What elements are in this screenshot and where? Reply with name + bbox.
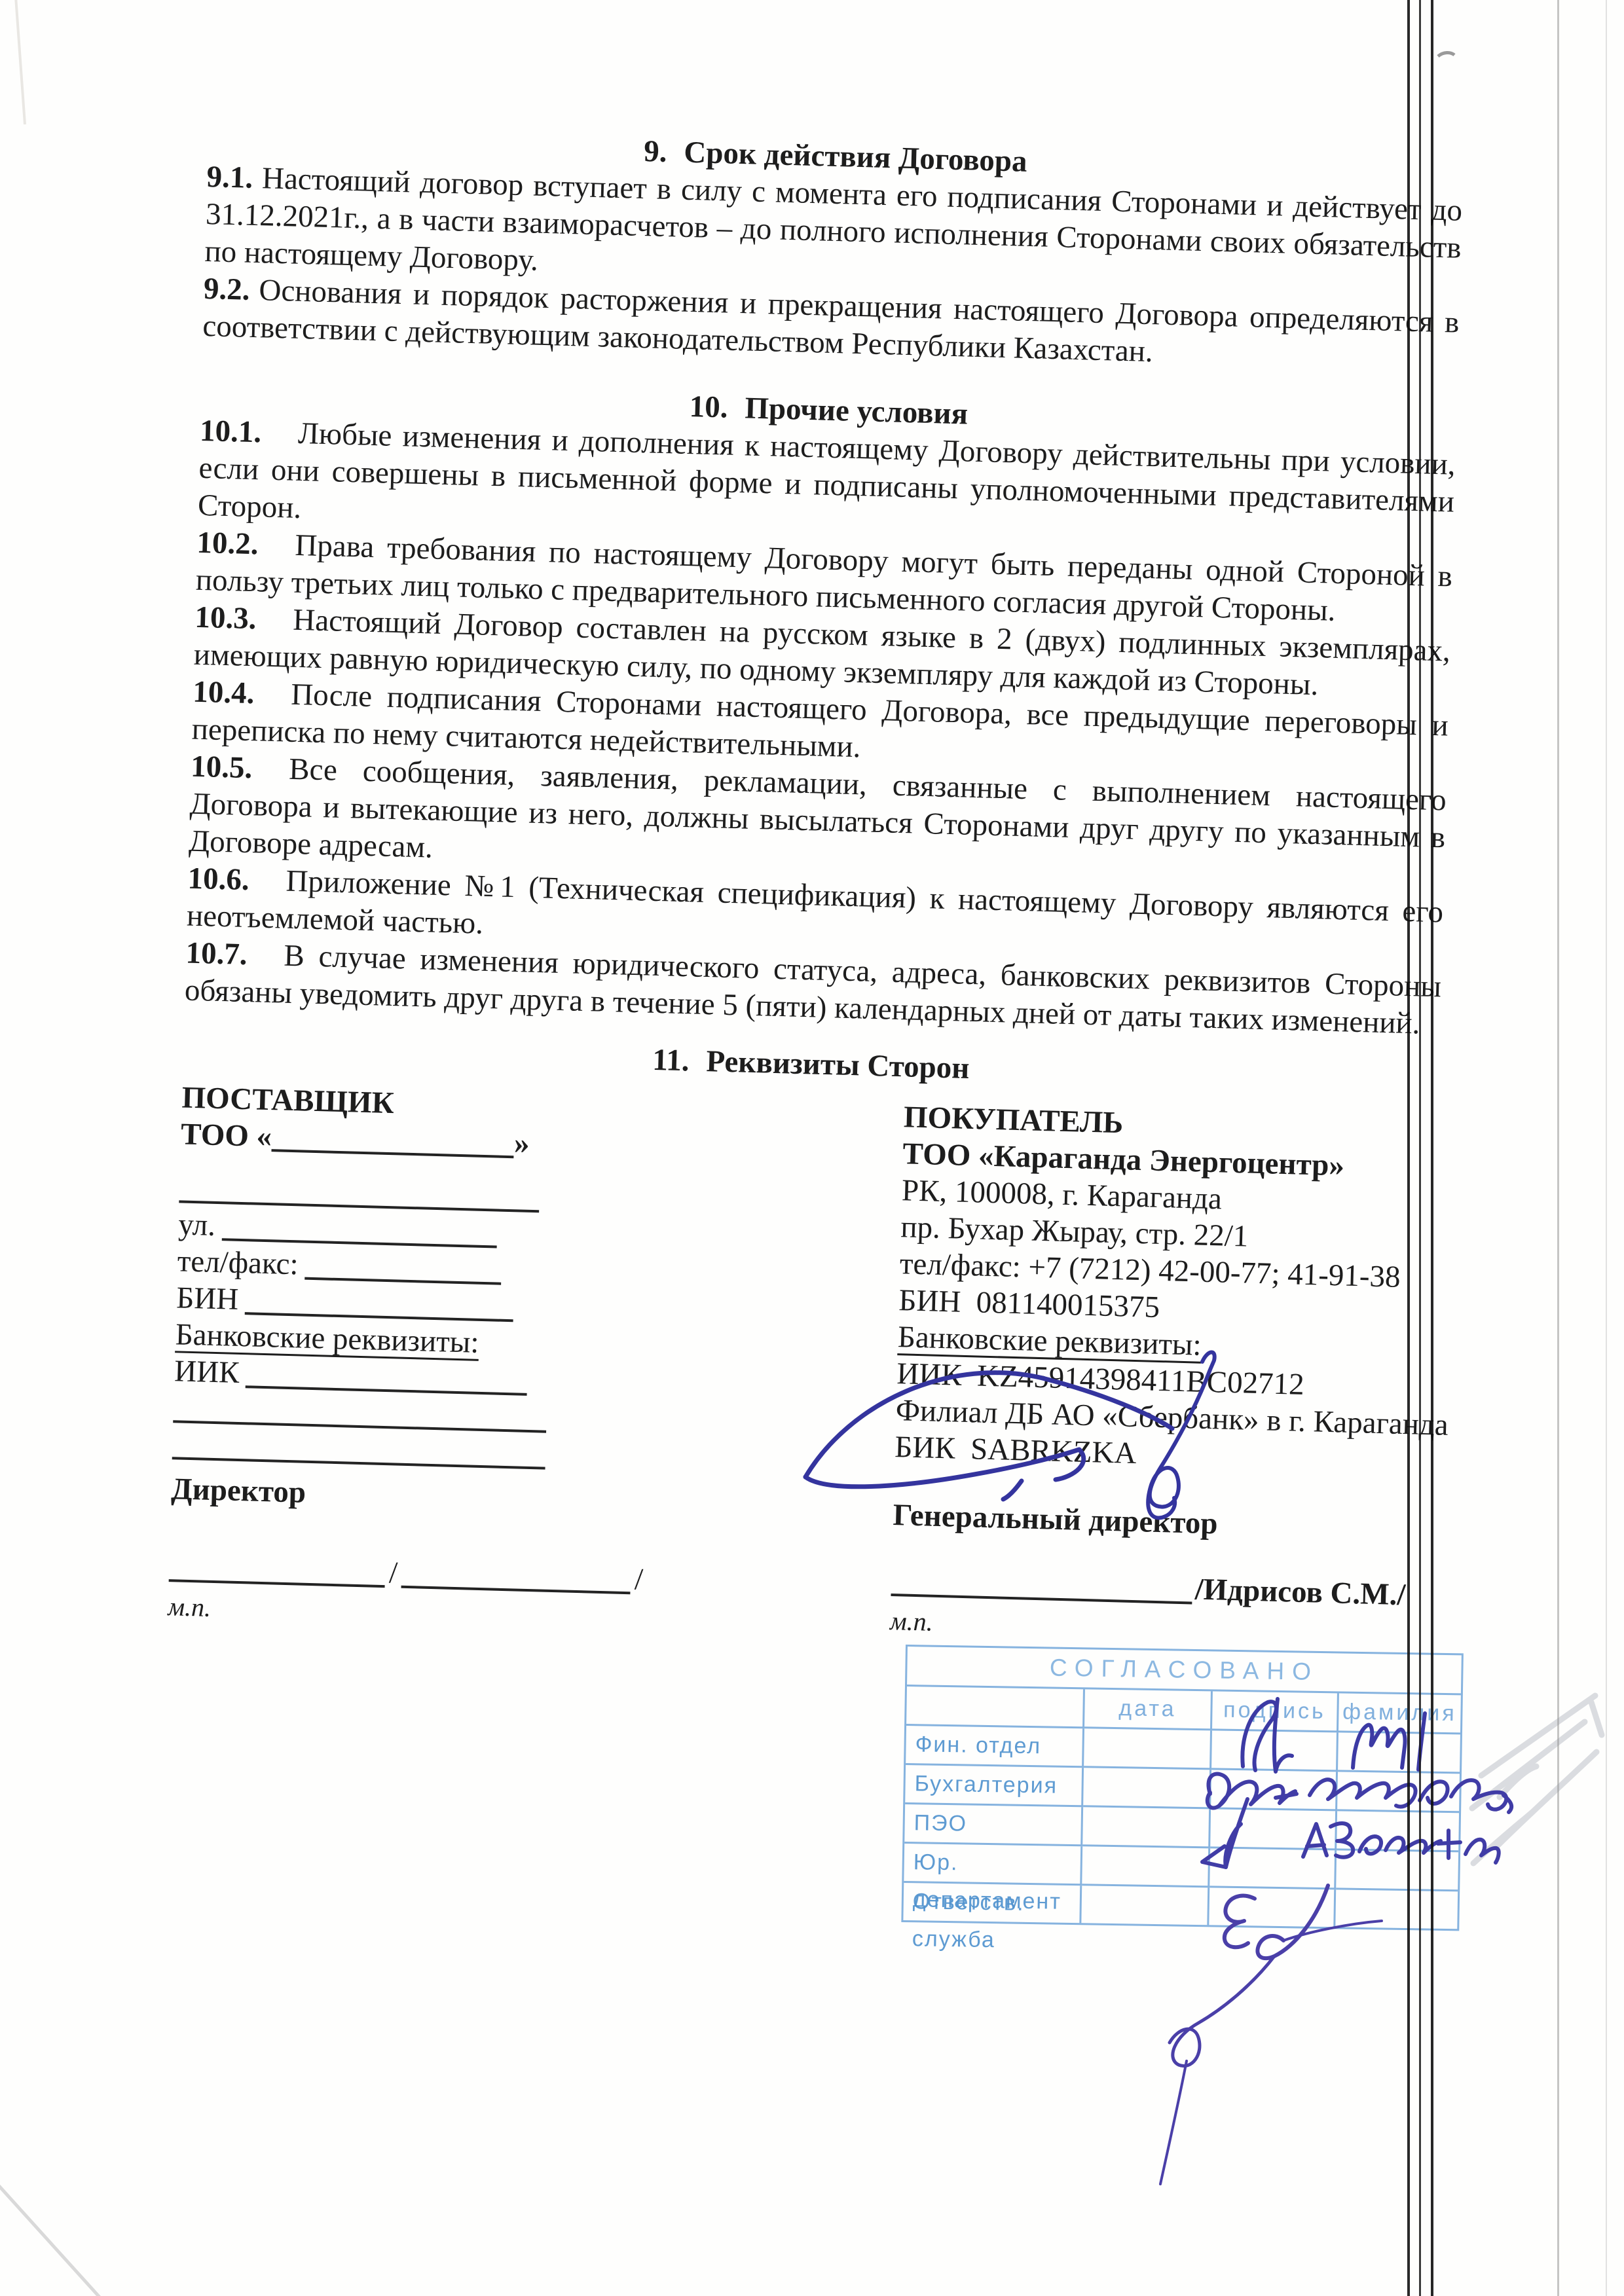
- scan-line-artifact: [1606, 0, 1607, 2296]
- scan-corner-artifact: [16, 0, 25, 124]
- scan-corner-artifact: [0, 2183, 101, 2296]
- scanned-contract-page: 9.Срок действия Договора 9.1.Настоящий д…: [0, 0, 1624, 2296]
- signature-below-stamp: [1160, 1886, 1382, 2184]
- dust-speck: [1438, 52, 1454, 56]
- scan-line-artifact: [1431, 0, 1433, 2296]
- ink-overlay: [0, 0, 1624, 2296]
- signature-fin-otdel: [1242, 1699, 1425, 1772]
- signature-general-director: [805, 1352, 1215, 1518]
- scan-line-artifact: [1407, 0, 1410, 2296]
- scan-line-artifact: [1419, 0, 1421, 2296]
- signature-peo-row: [1202, 1774, 1511, 1867]
- pencil-scribble: [1472, 1696, 1602, 1863]
- scan-line-artifact: [1557, 0, 1559, 2296]
